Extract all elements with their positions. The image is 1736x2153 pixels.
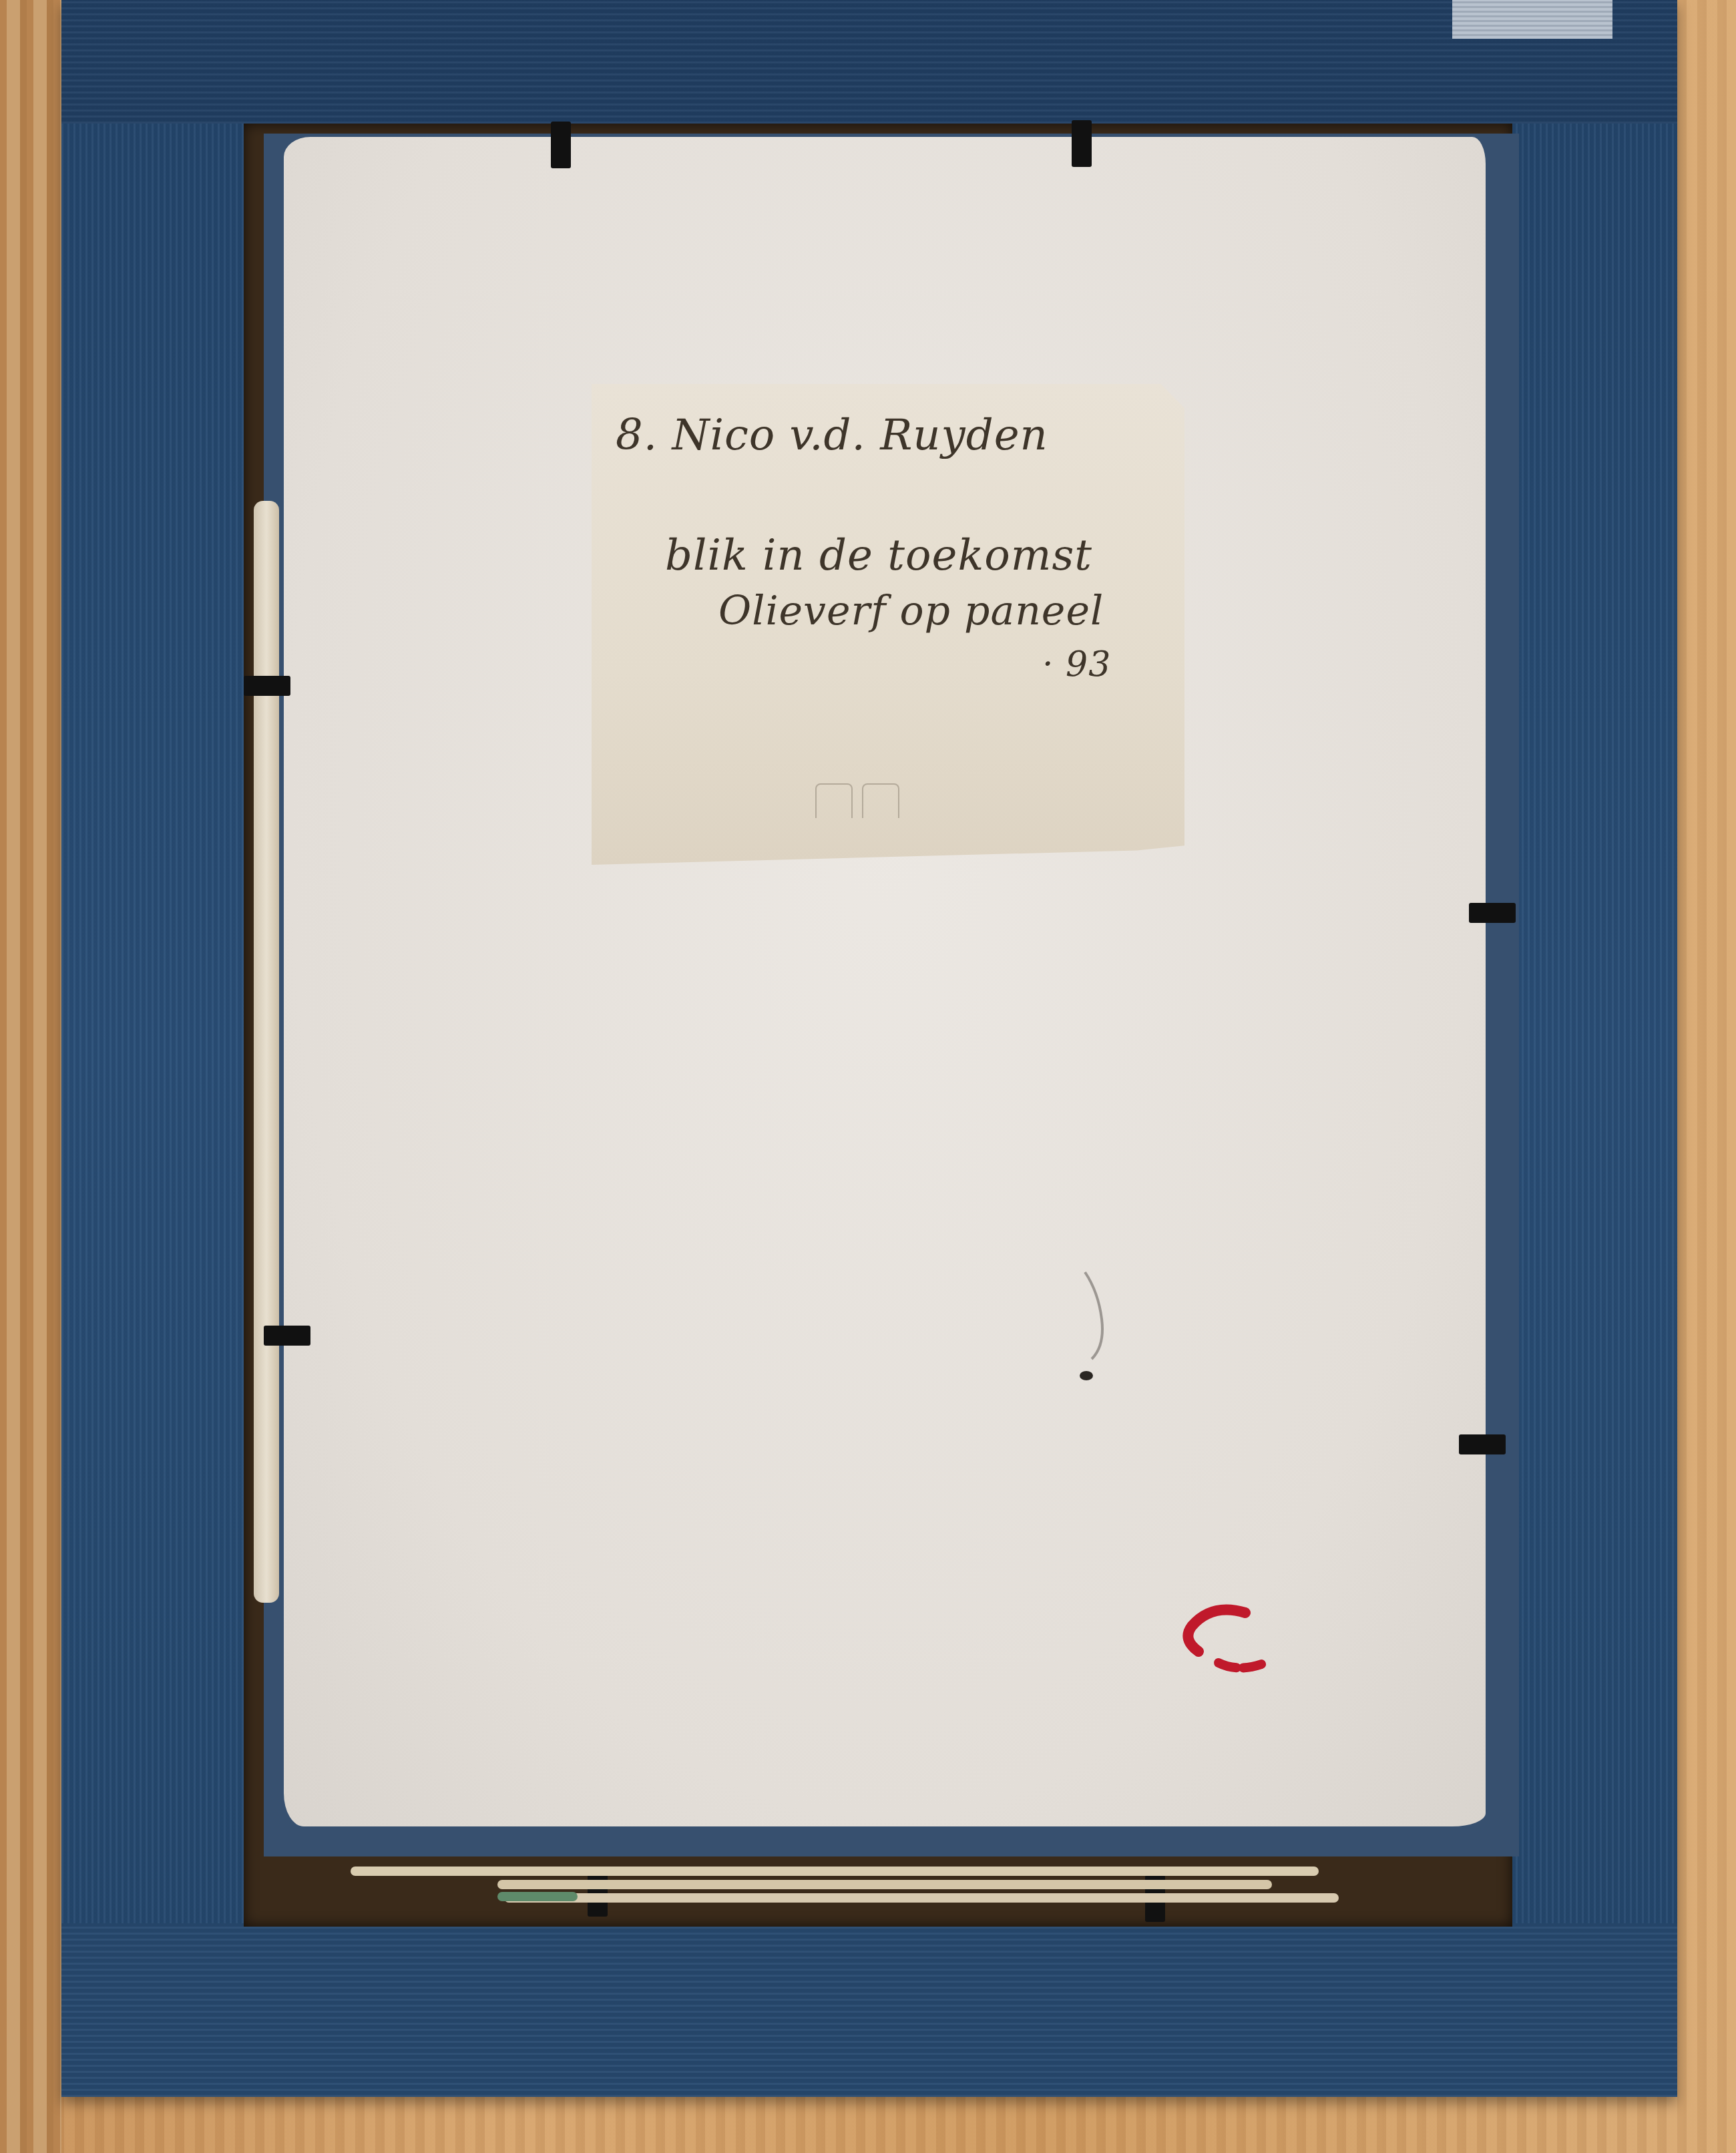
filler-strip-left	[254, 501, 279, 1603]
label-medium-line: Olieverf op paneel	[718, 588, 1104, 634]
filler-strips-bottom	[351, 1867, 1319, 1913]
embossed-tab-icon	[862, 783, 899, 818]
wood-plank-edge	[0, 0, 61, 2153]
handwritten-label: 8. Nico v.d. Ruyden blik in de toekomst …	[592, 384, 1184, 865]
retaining-clip	[1459, 1434, 1506, 1454]
filler-strip	[504, 1893, 1339, 1903]
label-number-line: · 93	[1042, 644, 1111, 684]
filler-strip	[351, 1867, 1319, 1876]
frame-bottom-rail	[61, 1923, 1677, 2097]
embossed-tab-icon	[815, 783, 853, 818]
fabric-tape-corner	[1452, 0, 1612, 39]
retaining-clip	[264, 1326, 310, 1346]
ink-smudge-icon	[1078, 1265, 1118, 1386]
green-strip	[497, 1892, 578, 1901]
label-title-line: blik in de toekomst	[665, 531, 1092, 580]
filler-strip	[497, 1880, 1272, 1889]
label-artist-line: 8. Nico v.d. Ruyden	[616, 411, 1048, 460]
red-stamp-mark-icon	[1172, 1599, 1279, 1680]
retaining-clip	[1469, 903, 1516, 923]
frame-top-rail	[61, 0, 1677, 124]
retaining-clip	[1072, 120, 1092, 167]
retaining-clip	[551, 122, 571, 168]
retaining-clip	[244, 676, 290, 696]
